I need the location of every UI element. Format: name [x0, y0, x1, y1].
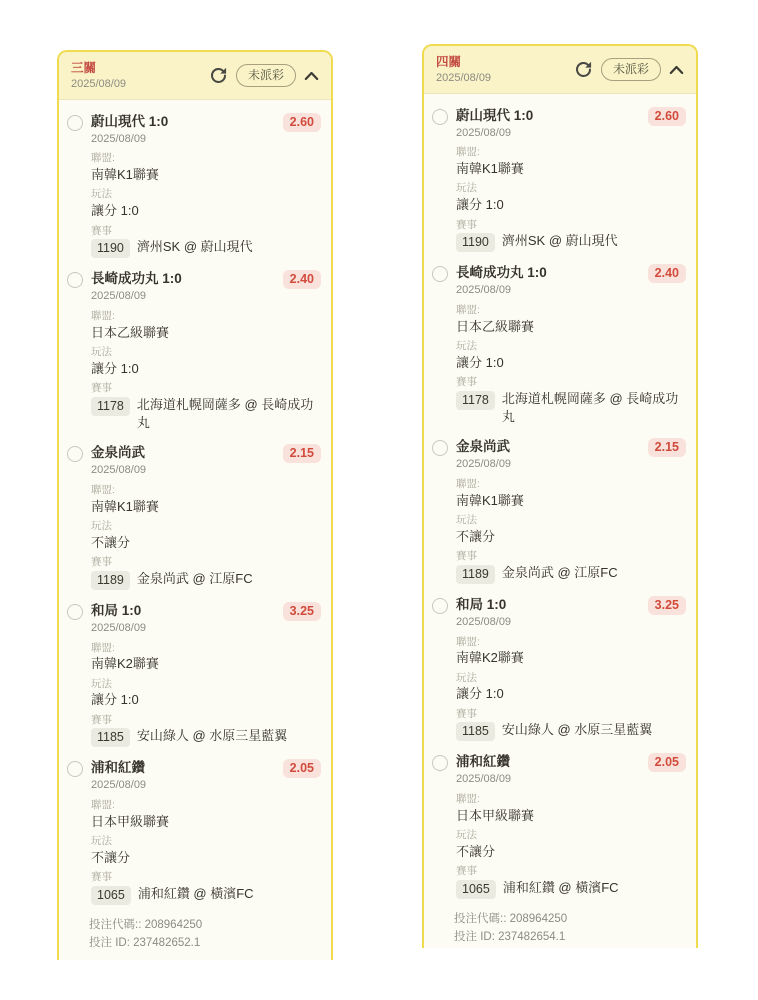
bet-date: 2025/08/09	[456, 458, 686, 472]
bet-title-row: 浦和紅鑽 2.05	[456, 753, 686, 772]
match-label: 賽事	[456, 219, 686, 232]
league-label: 聯盟:	[456, 304, 686, 317]
play-type-label: 玩法	[456, 672, 686, 685]
bet-entry-main: 蔚山現代 1:0 2.60 2025/08/09 聯盟: 南韓K1聯賽 玩法 讓…	[91, 113, 321, 259]
bet-selection-name: 長崎成功丸 1:0	[456, 264, 547, 282]
bet-list: 蔚山現代 1:0 2.60 2025/08/09 聯盟: 南韓K1聯賽 玩法 讓…	[67, 113, 321, 906]
selection-circle-icon[interactable]	[67, 761, 83, 777]
play-type-label: 玩法	[456, 340, 686, 353]
match-label: 賽事	[91, 714, 321, 727]
bet-entry-main: 和局 1:0 3.25 2025/08/09 聯盟: 南韓K2聯賽 玩法 讓分 …	[456, 596, 686, 742]
collapse-button[interactable]	[669, 65, 684, 75]
card-header[interactable]: 四關 2025/08/09 未派彩	[424, 46, 696, 94]
bet-entry: 浦和紅鑽 2.05 2025/08/09 聯盟: 日本甲級聯賽 玩法 不讓分 賽…	[67, 759, 321, 905]
bet-title-row: 和局 1:0 3.25	[91, 602, 321, 621]
match-number-badge: 1185	[456, 722, 495, 741]
odds-badge: 2.05	[283, 759, 321, 778]
card-title: 四關	[436, 54, 491, 70]
league-value: 南韓K1聯賽	[91, 498, 321, 516]
refresh-icon	[209, 66, 228, 85]
bet-entry: 和局 1:0 3.25 2025/08/09 聯盟: 南韓K2聯賽 玩法 讓分 …	[432, 596, 686, 742]
bet-selection-name: 金泉尚武	[91, 444, 145, 462]
play-type-label: 玩法	[456, 829, 686, 842]
match-name: 金泉尚武 @ 江原FC	[502, 564, 618, 582]
selection-circle-icon[interactable]	[67, 604, 83, 620]
bet-selection-name: 和局 1:0	[91, 602, 141, 620]
play-type-value: 讓分 1:0	[456, 354, 686, 372]
play-type-value: 讓分 1:0	[456, 196, 686, 214]
selection-circle-icon[interactable]	[432, 598, 448, 614]
match-name: 安山綠人 @ 水原三星藍翼	[502, 721, 652, 739]
league-value: 日本甲級聯賽	[91, 813, 321, 831]
match-row: 1065 浦和紅鑽 @ 橫濱FC	[456, 879, 686, 899]
match-number-badge: 1065	[456, 880, 496, 899]
bet-title-row: 金泉尚武 2.15	[456, 438, 686, 457]
bet-date: 2025/08/09	[91, 622, 321, 636]
match-label: 賽事	[456, 550, 686, 563]
bet-selection-name: 浦和紅鑽	[91, 759, 145, 777]
bet-entry: 浦和紅鑽 2.05 2025/08/09 聯盟: 日本甲級聯賽 玩法 不讓分 賽…	[432, 753, 686, 899]
play-type-value: 不讓分	[91, 849, 321, 867]
match-name: 浦和紅鑽 @ 橫濱FC	[138, 885, 254, 903]
match-row: 1185 安山綠人 @ 水原三星藍翼	[91, 727, 321, 747]
league-value: 南韓K1聯賽	[456, 492, 686, 510]
card-header-right: 未派彩	[574, 58, 684, 81]
bet-date: 2025/08/09	[456, 127, 686, 141]
odds-badge: 2.60	[648, 107, 686, 126]
bet-slip-card: 四關 2025/08/09 未派彩	[422, 44, 698, 948]
odds-badge: 2.40	[283, 270, 321, 289]
match-row: 1189 金泉尚武 @ 江原FC	[91, 570, 321, 590]
play-type-value: 讓分 1:0	[456, 685, 686, 703]
bet-entry: 蔚山現代 1:0 2.60 2025/08/09 聯盟: 南韓K1聯賽 玩法 讓…	[432, 107, 686, 253]
bet-title-row: 和局 1:0 3.25	[456, 596, 686, 615]
league-label: 聯盟:	[456, 793, 686, 806]
bet-entry: 金泉尚武 2.15 2025/08/09 聯盟: 南韓K1聯賽 玩法 不讓分 賽…	[67, 444, 321, 590]
play-type-label: 玩法	[456, 182, 686, 195]
bet-entry: 蔚山現代 1:0 2.60 2025/08/09 聯盟: 南韓K1聯賽 玩法 讓…	[67, 113, 321, 259]
odds-badge: 2.60	[283, 113, 321, 132]
card-header[interactable]: 三關 2025/08/09 未派彩	[59, 52, 331, 100]
bet-date: 2025/08/09	[91, 464, 321, 478]
league-label: 聯盟:	[91, 799, 321, 812]
bet-entry: 金泉尚武 2.15 2025/08/09 聯盟: 南韓K1聯賽 玩法 不讓分 賽…	[432, 438, 686, 584]
bet-title-row: 金泉尚武 2.15	[91, 444, 321, 463]
bet-title-row: 蔚山現代 1:0 2.60	[456, 107, 686, 126]
odds-badge: 3.25	[648, 596, 686, 615]
match-label: 賽事	[91, 225, 321, 238]
card-header-right: 未派彩	[209, 64, 319, 87]
bet-entry: 和局 1:0 3.25 2025/08/09 聯盟: 南韓K2聯賽 玩法 讓分 …	[67, 602, 321, 748]
card-date: 2025/08/09	[436, 71, 491, 85]
league-label: 聯盟:	[456, 146, 686, 159]
card-date: 2025/08/09	[71, 77, 126, 91]
selection-circle-icon[interactable]	[432, 266, 448, 282]
play-type-value: 讓分 1:0	[91, 202, 321, 220]
match-row: 1065 浦和紅鑽 @ 橫濱FC	[91, 885, 321, 905]
match-number-badge: 1190	[91, 239, 130, 258]
bet-selection-name: 蔚山現代 1:0	[456, 107, 533, 125]
league-value: 日本乙級聯賽	[456, 318, 686, 336]
bet-title-row: 長崎成功丸 1:0 2.40	[91, 270, 321, 289]
play-type-value: 讓分 1:0	[91, 691, 321, 709]
bet-selection-name: 和局 1:0	[456, 596, 506, 614]
bet-entry-main: 金泉尚武 2.15 2025/08/09 聯盟: 南韓K1聯賽 玩法 不讓分 賽…	[456, 438, 686, 584]
collapse-button[interactable]	[304, 71, 319, 81]
league-value: 日本乙級聯賽	[91, 324, 321, 342]
match-name: 安山綠人 @ 水原三星藍翼	[137, 727, 287, 745]
bet-entry: 長崎成功丸 1:0 2.40 2025/08/09 聯盟: 日本乙級聯賽 玩法 …	[432, 264, 686, 426]
chevron-up-icon	[669, 65, 684, 75]
bet-date: 2025/08/09	[456, 616, 686, 630]
league-label: 聯盟:	[91, 310, 321, 323]
match-number-badge: 1190	[456, 233, 495, 252]
match-name: 北海道札幌岡薩多 @ 長崎成功丸	[502, 390, 686, 426]
refresh-button[interactable]	[574, 60, 593, 79]
match-number-badge: 1178	[91, 397, 130, 416]
selection-circle-icon[interactable]	[432, 440, 448, 456]
bet-entry-main: 金泉尚武 2.15 2025/08/09 聯盟: 南韓K1聯賽 玩法 不讓分 賽…	[91, 444, 321, 590]
league-value: 南韓K2聯賽	[456, 649, 686, 667]
bet-cards-container: 三關 2025/08/09 未派彩	[0, 0, 758, 960]
bet-title-row: 長崎成功丸 1:0 2.40	[456, 264, 686, 283]
match-label: 賽事	[456, 865, 686, 878]
match-row: 1190 濟州SK @ 蔚山現代	[456, 232, 686, 252]
match-label: 賽事	[91, 871, 321, 884]
match-label: 賽事	[456, 376, 686, 389]
league-value: 日本甲級聯賽	[456, 807, 686, 825]
play-type-value: 不讓分	[91, 534, 321, 552]
league-label: 聯盟:	[91, 152, 321, 165]
bet-entry: 長崎成功丸 1:0 2.40 2025/08/09 聯盟: 日本乙級聯賽 玩法 …	[67, 270, 321, 432]
status-badge: 未派彩	[236, 64, 296, 87]
match-row: 1185 安山綠人 @ 水原三星藍翼	[456, 721, 686, 741]
selection-circle-icon[interactable]	[432, 109, 448, 125]
card-footer: 投注代碼:: 208964250 投注 ID: 237482654.1	[454, 911, 686, 947]
match-name: 浦和紅鑽 @ 橫濱FC	[503, 879, 619, 897]
card-title: 三關	[71, 60, 126, 76]
league-label: 聯盟:	[456, 636, 686, 649]
play-type-label: 玩法	[91, 188, 321, 201]
play-type-label: 玩法	[91, 678, 321, 691]
odds-badge: 2.05	[648, 753, 686, 772]
chevron-up-icon	[304, 71, 319, 81]
card-footer: 投注代碼:: 208964250 投注 ID: 237482652.1	[89, 917, 321, 953]
bet-title-row: 浦和紅鑽 2.05	[91, 759, 321, 778]
selection-circle-icon[interactable]	[432, 755, 448, 771]
bet-date: 2025/08/09	[456, 284, 686, 298]
match-number-badge: 1189	[91, 571, 130, 590]
bet-selection-name: 金泉尚武	[456, 438, 510, 456]
bet-entry-main: 長崎成功丸 1:0 2.40 2025/08/09 聯盟: 日本乙級聯賽 玩法 …	[91, 270, 321, 432]
selection-circle-icon[interactable]	[67, 272, 83, 288]
card-header-left: 三關 2025/08/09	[71, 60, 126, 92]
bet-title-row: 蔚山現代 1:0 2.60	[91, 113, 321, 132]
match-number-badge: 1189	[456, 565, 495, 584]
selection-circle-icon[interactable]	[67, 115, 83, 131]
bet-date: 2025/08/09	[456, 773, 686, 787]
bet-code-text: 投注代碼:: 208964250	[454, 911, 686, 929]
play-type-label: 玩法	[456, 514, 686, 527]
bet-entry-main: 和局 1:0 3.25 2025/08/09 聯盟: 南韓K2聯賽 玩法 讓分 …	[91, 602, 321, 748]
match-row: 1178 北海道札幌岡薩多 @ 長崎成功丸	[91, 396, 321, 432]
bet-code-text: 投注代碼:: 208964250	[89, 917, 321, 935]
card-header-left: 四關 2025/08/09	[436, 54, 491, 86]
bet-date: 2025/08/09	[91, 133, 321, 147]
league-label: 聯盟:	[91, 484, 321, 497]
play-type-value: 不讓分	[456, 843, 686, 861]
bet-entry-main: 浦和紅鑽 2.05 2025/08/09 聯盟: 日本甲級聯賽 玩法 不讓分 賽…	[456, 753, 686, 899]
league-label: 聯盟:	[456, 478, 686, 491]
league-value: 南韓K1聯賽	[456, 160, 686, 178]
odds-badge: 2.15	[648, 438, 686, 457]
play-type-value: 不讓分	[456, 528, 686, 546]
match-name: 北海道札幌岡薩多 @ 長崎成功丸	[137, 396, 321, 432]
match-number-badge: 1178	[456, 391, 495, 410]
match-label: 賽事	[91, 382, 321, 395]
refresh-button[interactable]	[209, 66, 228, 85]
bet-entry-main: 蔚山現代 1:0 2.60 2025/08/09 聯盟: 南韓K1聯賽 玩法 讓…	[456, 107, 686, 253]
bet-date: 2025/08/09	[91, 779, 321, 793]
bet-id-text: 投注 ID: 237482652.1	[89, 935, 321, 953]
match-label: 賽事	[91, 556, 321, 569]
bet-selection-name: 蔚山現代 1:0	[91, 113, 168, 131]
bet-selection-name: 長崎成功丸 1:0	[91, 270, 182, 288]
play-type-label: 玩法	[91, 346, 321, 359]
play-type-label: 玩法	[91, 520, 321, 533]
match-number-badge: 1065	[91, 886, 131, 905]
match-row: 1178 北海道札幌岡薩多 @ 長崎成功丸	[456, 390, 686, 426]
match-label: 賽事	[456, 708, 686, 721]
match-name: 濟州SK @ 蔚山現代	[137, 238, 253, 256]
bet-date: 2025/08/09	[91, 290, 321, 304]
selection-circle-icon[interactable]	[67, 446, 83, 462]
league-value: 南韓K2聯賽	[91, 655, 321, 673]
bet-selection-name: 浦和紅鑽	[456, 753, 510, 771]
match-name: 濟州SK @ 蔚山現代	[502, 232, 618, 250]
play-type-label: 玩法	[91, 835, 321, 848]
card-body: 蔚山現代 1:0 2.60 2025/08/09 聯盟: 南韓K1聯賽 玩法 讓…	[424, 94, 696, 948]
card-body: 蔚山現代 1:0 2.60 2025/08/09 聯盟: 南韓K1聯賽 玩法 讓…	[59, 100, 331, 960]
bet-id-text: 投注 ID: 237482654.1	[454, 929, 686, 947]
match-row: 1189 金泉尚武 @ 江原FC	[456, 564, 686, 584]
match-number-badge: 1185	[91, 728, 130, 747]
bet-entry-main: 浦和紅鑽 2.05 2025/08/09 聯盟: 日本甲級聯賽 玩法 不讓分 賽…	[91, 759, 321, 905]
match-row: 1190 濟州SK @ 蔚山現代	[91, 238, 321, 258]
odds-badge: 3.25	[283, 602, 321, 621]
odds-badge: 2.15	[283, 444, 321, 463]
odds-badge: 2.40	[648, 264, 686, 283]
bet-entry-main: 長崎成功丸 1:0 2.40 2025/08/09 聯盟: 日本乙級聯賽 玩法 …	[456, 264, 686, 426]
bet-list: 蔚山現代 1:0 2.60 2025/08/09 聯盟: 南韓K1聯賽 玩法 讓…	[432, 107, 686, 900]
bet-slip-card: 三關 2025/08/09 未派彩	[57, 50, 333, 960]
league-value: 南韓K1聯賽	[91, 166, 321, 184]
play-type-value: 讓分 1:0	[91, 360, 321, 378]
league-label: 聯盟:	[91, 642, 321, 655]
status-badge: 未派彩	[601, 58, 661, 81]
refresh-icon	[574, 60, 593, 79]
match-name: 金泉尚武 @ 江原FC	[137, 570, 253, 588]
